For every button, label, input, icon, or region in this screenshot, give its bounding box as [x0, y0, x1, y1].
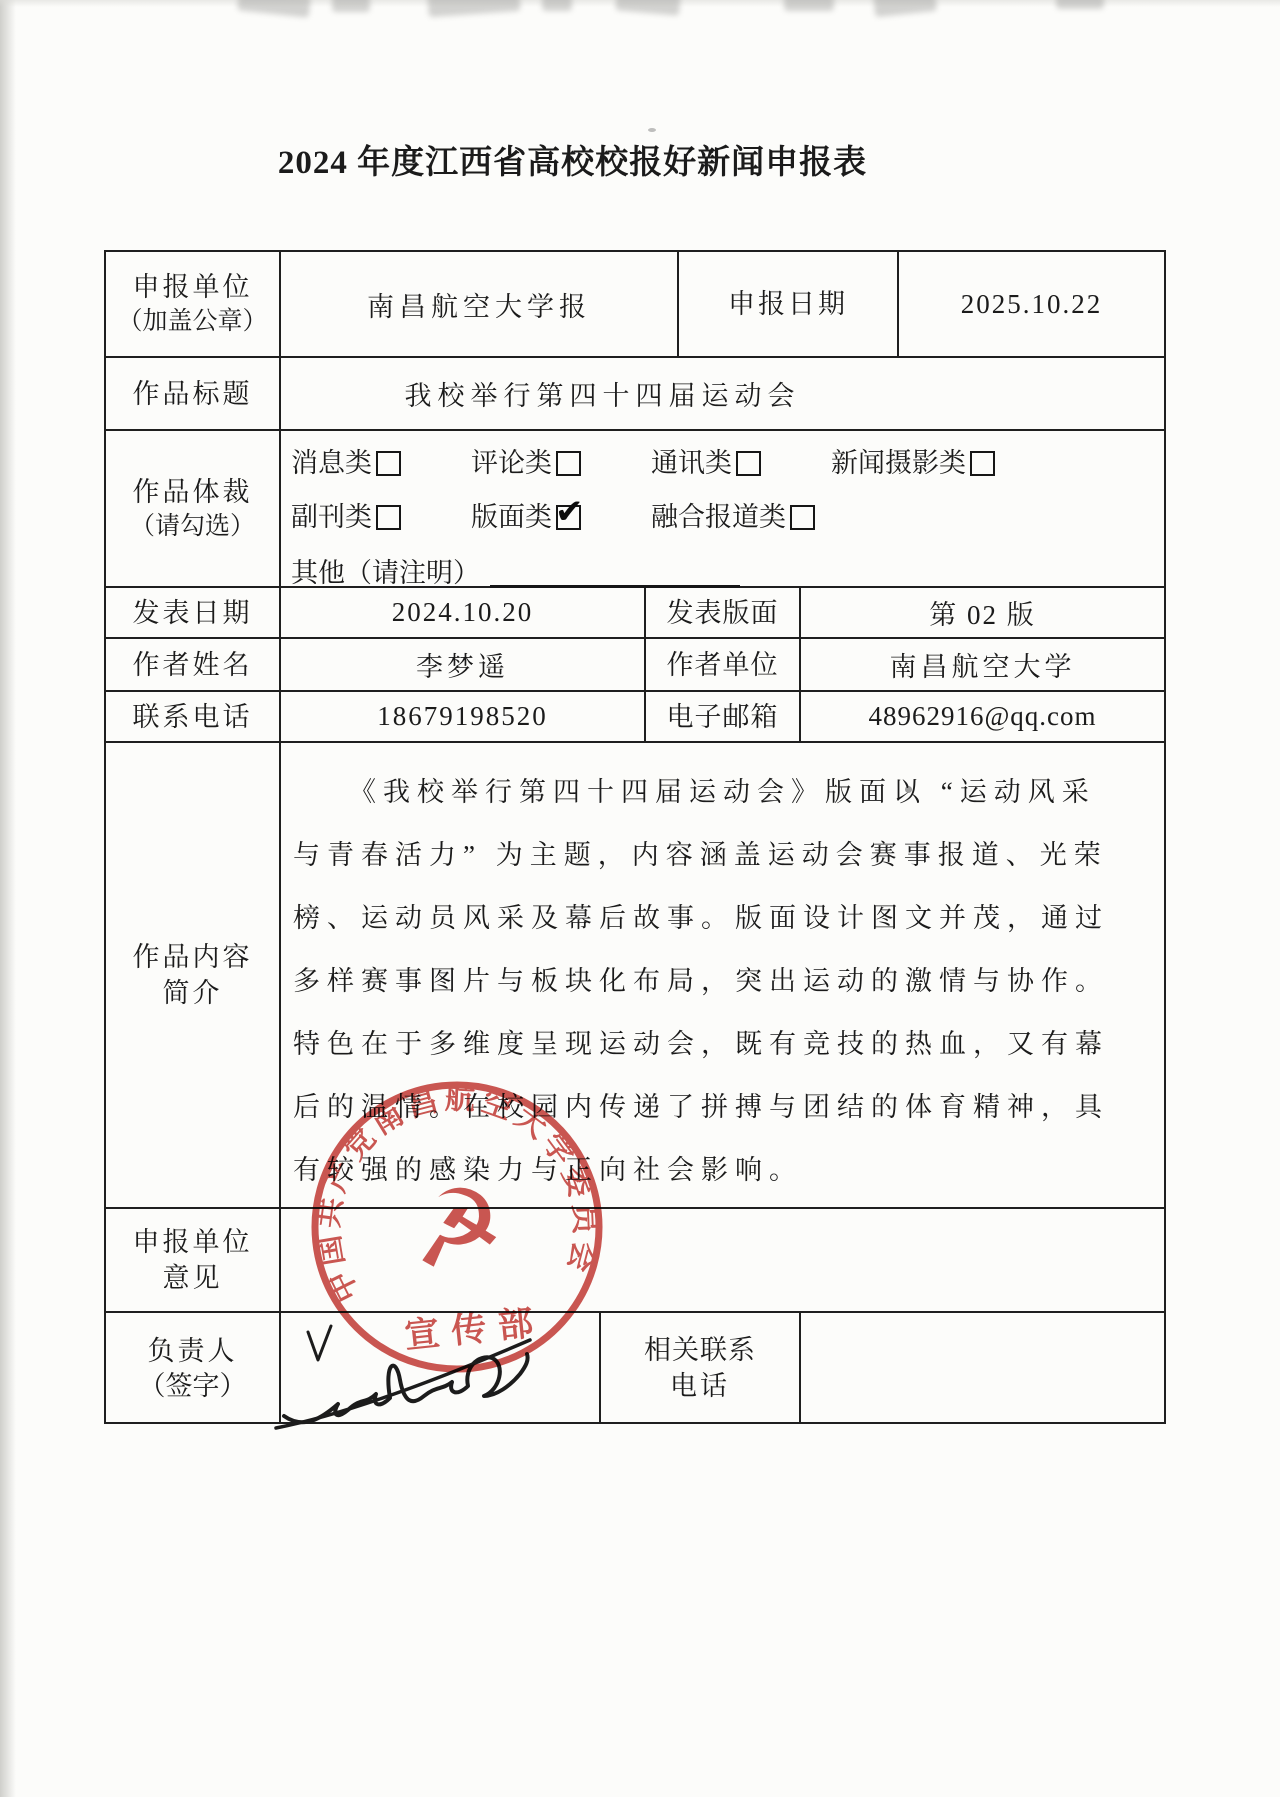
signer-label-sub: （签字） [139, 1369, 247, 1403]
scanned-form-page: 2024 年度江西省高校校报好新闻申报表 申报单位 （加盖公章） 南昌航空大学报… [0, 0, 1280, 1797]
publish-page-value-cell: 第 02 版 [801, 588, 1164, 637]
related-phone-label-sub: 电话 [670, 1368, 730, 1404]
work-title-label-cell: 作品标题 [106, 358, 281, 429]
genre-option-layout: 版面类✔ [471, 495, 581, 534]
phone-value-cell: 18679198520 [281, 692, 646, 741]
publish-page-value: 第 02 版 [929, 593, 1036, 632]
genre-option-report: 通讯类 [651, 441, 761, 480]
row-summary: 作品内容 简介 《我校举行第四十四届运动会》版面以 “运动风采 与青春活力” 为… [106, 743, 1164, 1209]
summary-line: 《我校举行第四十四届运动会》版面以 “运动风采 [293, 761, 1158, 824]
related-phone-label: 相关联系 [644, 1332, 756, 1368]
author-name-value-cell: 李梦遥 [281, 639, 646, 690]
related-phone-value-cell [801, 1313, 1164, 1422]
apply-date-label: 申报日期 [728, 286, 848, 322]
scan-artifact [427, 0, 520, 17]
row-work-title: 作品标题 我校举行第四十四届运动会 [106, 358, 1164, 431]
scan-edge-shadow [0, 0, 16, 1797]
publish-date-label-cell: 发表日期 [106, 588, 281, 637]
row-contact: 联系电话 18679198520 电子邮箱 48962916@qq.com [106, 692, 1164, 743]
check-mark: ✔ [555, 492, 584, 532]
row-genre: 作品体裁 （请勾选） 消息类 评论类 通讯类 新闻摄影类 副刊类 版面类✔ 融合… [106, 431, 1164, 588]
author-unit-value: 南昌航空大学 [890, 645, 1076, 684]
work-title-value-cell: 我校举行第四十四届运动会 [281, 358, 1164, 429]
genre-option-converged: 融合报道类 [651, 495, 815, 534]
publish-date-value-cell: 2024.10.20 [281, 588, 646, 637]
checkbox-unchecked [970, 451, 995, 476]
checkbox-unchecked [556, 451, 581, 476]
genre-other-label: 其他（请注明） [291, 558, 480, 588]
row-signer: 负责人 （签字） 相关联系 电话 [106, 1313, 1164, 1422]
author-name-label-cell: 作者姓名 [106, 639, 281, 690]
hammer-sickle-icon: ☭ [404, 1162, 509, 1293]
checkbox-checked: ✔ [556, 505, 581, 530]
genre-options-cell: 消息类 评论类 通讯类 新闻摄影类 副刊类 版面类✔ 融合报道类 其他（请注明） [281, 431, 1164, 586]
genre-label-sub: （请勾选） [130, 510, 255, 544]
phone-label: 联系电话 [133, 699, 253, 735]
genre-other-line: 其他（请注明） [291, 551, 740, 590]
email-value: 48962916@qq.com [868, 701, 1096, 732]
author-name-label: 作者姓名 [133, 647, 253, 683]
signer-label-cell: 负责人 （签字） [106, 1313, 281, 1422]
summary-line: 榜、运动员风采及幕后故事。版面设计图文并茂，通过 [293, 887, 1158, 950]
applicant-label-cell: 申报单位 （加盖公章） [106, 252, 281, 356]
row-opinion: 申报单位 意见 [106, 1209, 1164, 1313]
applicant-label: 申报单位 [133, 269, 253, 305]
application-form-table: 申报单位 （加盖公章） 南昌航空大学报 申报日期 2025.10.22 作品标题… [104, 250, 1166, 1424]
row-author: 作者姓名 李梦遥 作者单位 南昌航空大学 [106, 639, 1164, 692]
author-unit-label-cell: 作者单位 [646, 639, 801, 690]
official-red-stamp: 中国共产党南昌航空大学委员会 ☭ 宣传部 [282, 1052, 631, 1401]
email-label-cell: 电子邮箱 [646, 692, 801, 741]
publish-date-value: 2024.10.20 [392, 597, 534, 628]
applicant-label-sub: （加盖公章） [117, 305, 267, 339]
scan-artifact [237, 0, 311, 18]
scan-artifact [542, 0, 572, 11]
author-unit-value-cell: 南昌航空大学 [801, 639, 1164, 690]
scan-artifact [873, 0, 937, 17]
checkbox-unchecked [790, 505, 815, 530]
checkbox-unchecked [736, 451, 761, 476]
genre-label: 作品体裁 [133, 474, 253, 510]
genre-option-comment: 评论类 [471, 441, 581, 480]
summary-label-sub: 简介 [163, 975, 223, 1011]
scan-artifact [784, 0, 834, 11]
scan-artifact [332, 0, 370, 12]
applicant-value-cell: 南昌航空大学报 [281, 252, 679, 356]
applicant-value: 南昌航空大学报 [367, 285, 591, 324]
author-unit-label: 作者单位 [667, 647, 779, 683]
genre-other-blank [490, 555, 740, 588]
work-title-label: 作品标题 [133, 376, 253, 412]
page-title: 2024 年度江西省高校校报好新闻申报表 [0, 136, 1145, 183]
checkbox-unchecked [376, 451, 401, 476]
scan-artifact [1056, 0, 1104, 9]
opinion-label: 申报单位 [133, 1224, 253, 1260]
publish-page-label-cell: 发表版面 [646, 588, 801, 637]
work-title-value: 我校举行第四十四届运动会 [405, 374, 801, 413]
genre-label-cell: 作品体裁 （请勾选） [106, 431, 281, 586]
opinion-label-cell: 申报单位 意见 [106, 1209, 281, 1311]
summary-line: 与青春活力” 为主题，内容涵盖运动会赛事报道、光荣 [293, 824, 1158, 887]
scan-speck [648, 128, 656, 132]
summary-line: 多样赛事图片与板块化布局，突出运动的激情与协作。 [293, 950, 1158, 1013]
genre-option-photo: 新闻摄影类 [831, 441, 995, 480]
phone-label-cell: 联系电话 [106, 692, 281, 741]
email-label: 电子邮箱 [667, 699, 779, 735]
apply-date-value: 2025.10.22 [961, 289, 1103, 320]
genre-option-supplement: 副刊类 [291, 495, 401, 534]
apply-date-value-cell: 2025.10.22 [899, 252, 1164, 356]
apply-date-label-cell: 申报日期 [679, 252, 899, 356]
summary-label-cell: 作品内容 简介 [106, 743, 281, 1207]
genre-option-news: 消息类 [291, 441, 401, 480]
publish-page-label: 发表版面 [667, 595, 779, 631]
publish-date-label: 发表日期 [133, 595, 253, 631]
summary-line: 特色在于多维度呈现运动会，既有竞技的热血，又有幕 [293, 1013, 1158, 1076]
signer-label: 负责人 [148, 1333, 238, 1369]
opinion-label-sub: 意见 [163, 1260, 223, 1296]
row-publish: 发表日期 2024.10.20 发表版面 第 02 版 [106, 588, 1164, 639]
phone-value: 18679198520 [377, 701, 548, 732]
email-value-cell: 48962916@qq.com [801, 692, 1164, 741]
row-applicant: 申报单位 （加盖公章） 南昌航空大学报 申报日期 2025.10.22 [106, 252, 1164, 358]
scan-artifact [615, 0, 681, 16]
summary-label: 作品内容 [133, 939, 253, 975]
author-name-value: 李梦遥 [416, 645, 509, 684]
checkbox-unchecked [376, 505, 401, 530]
